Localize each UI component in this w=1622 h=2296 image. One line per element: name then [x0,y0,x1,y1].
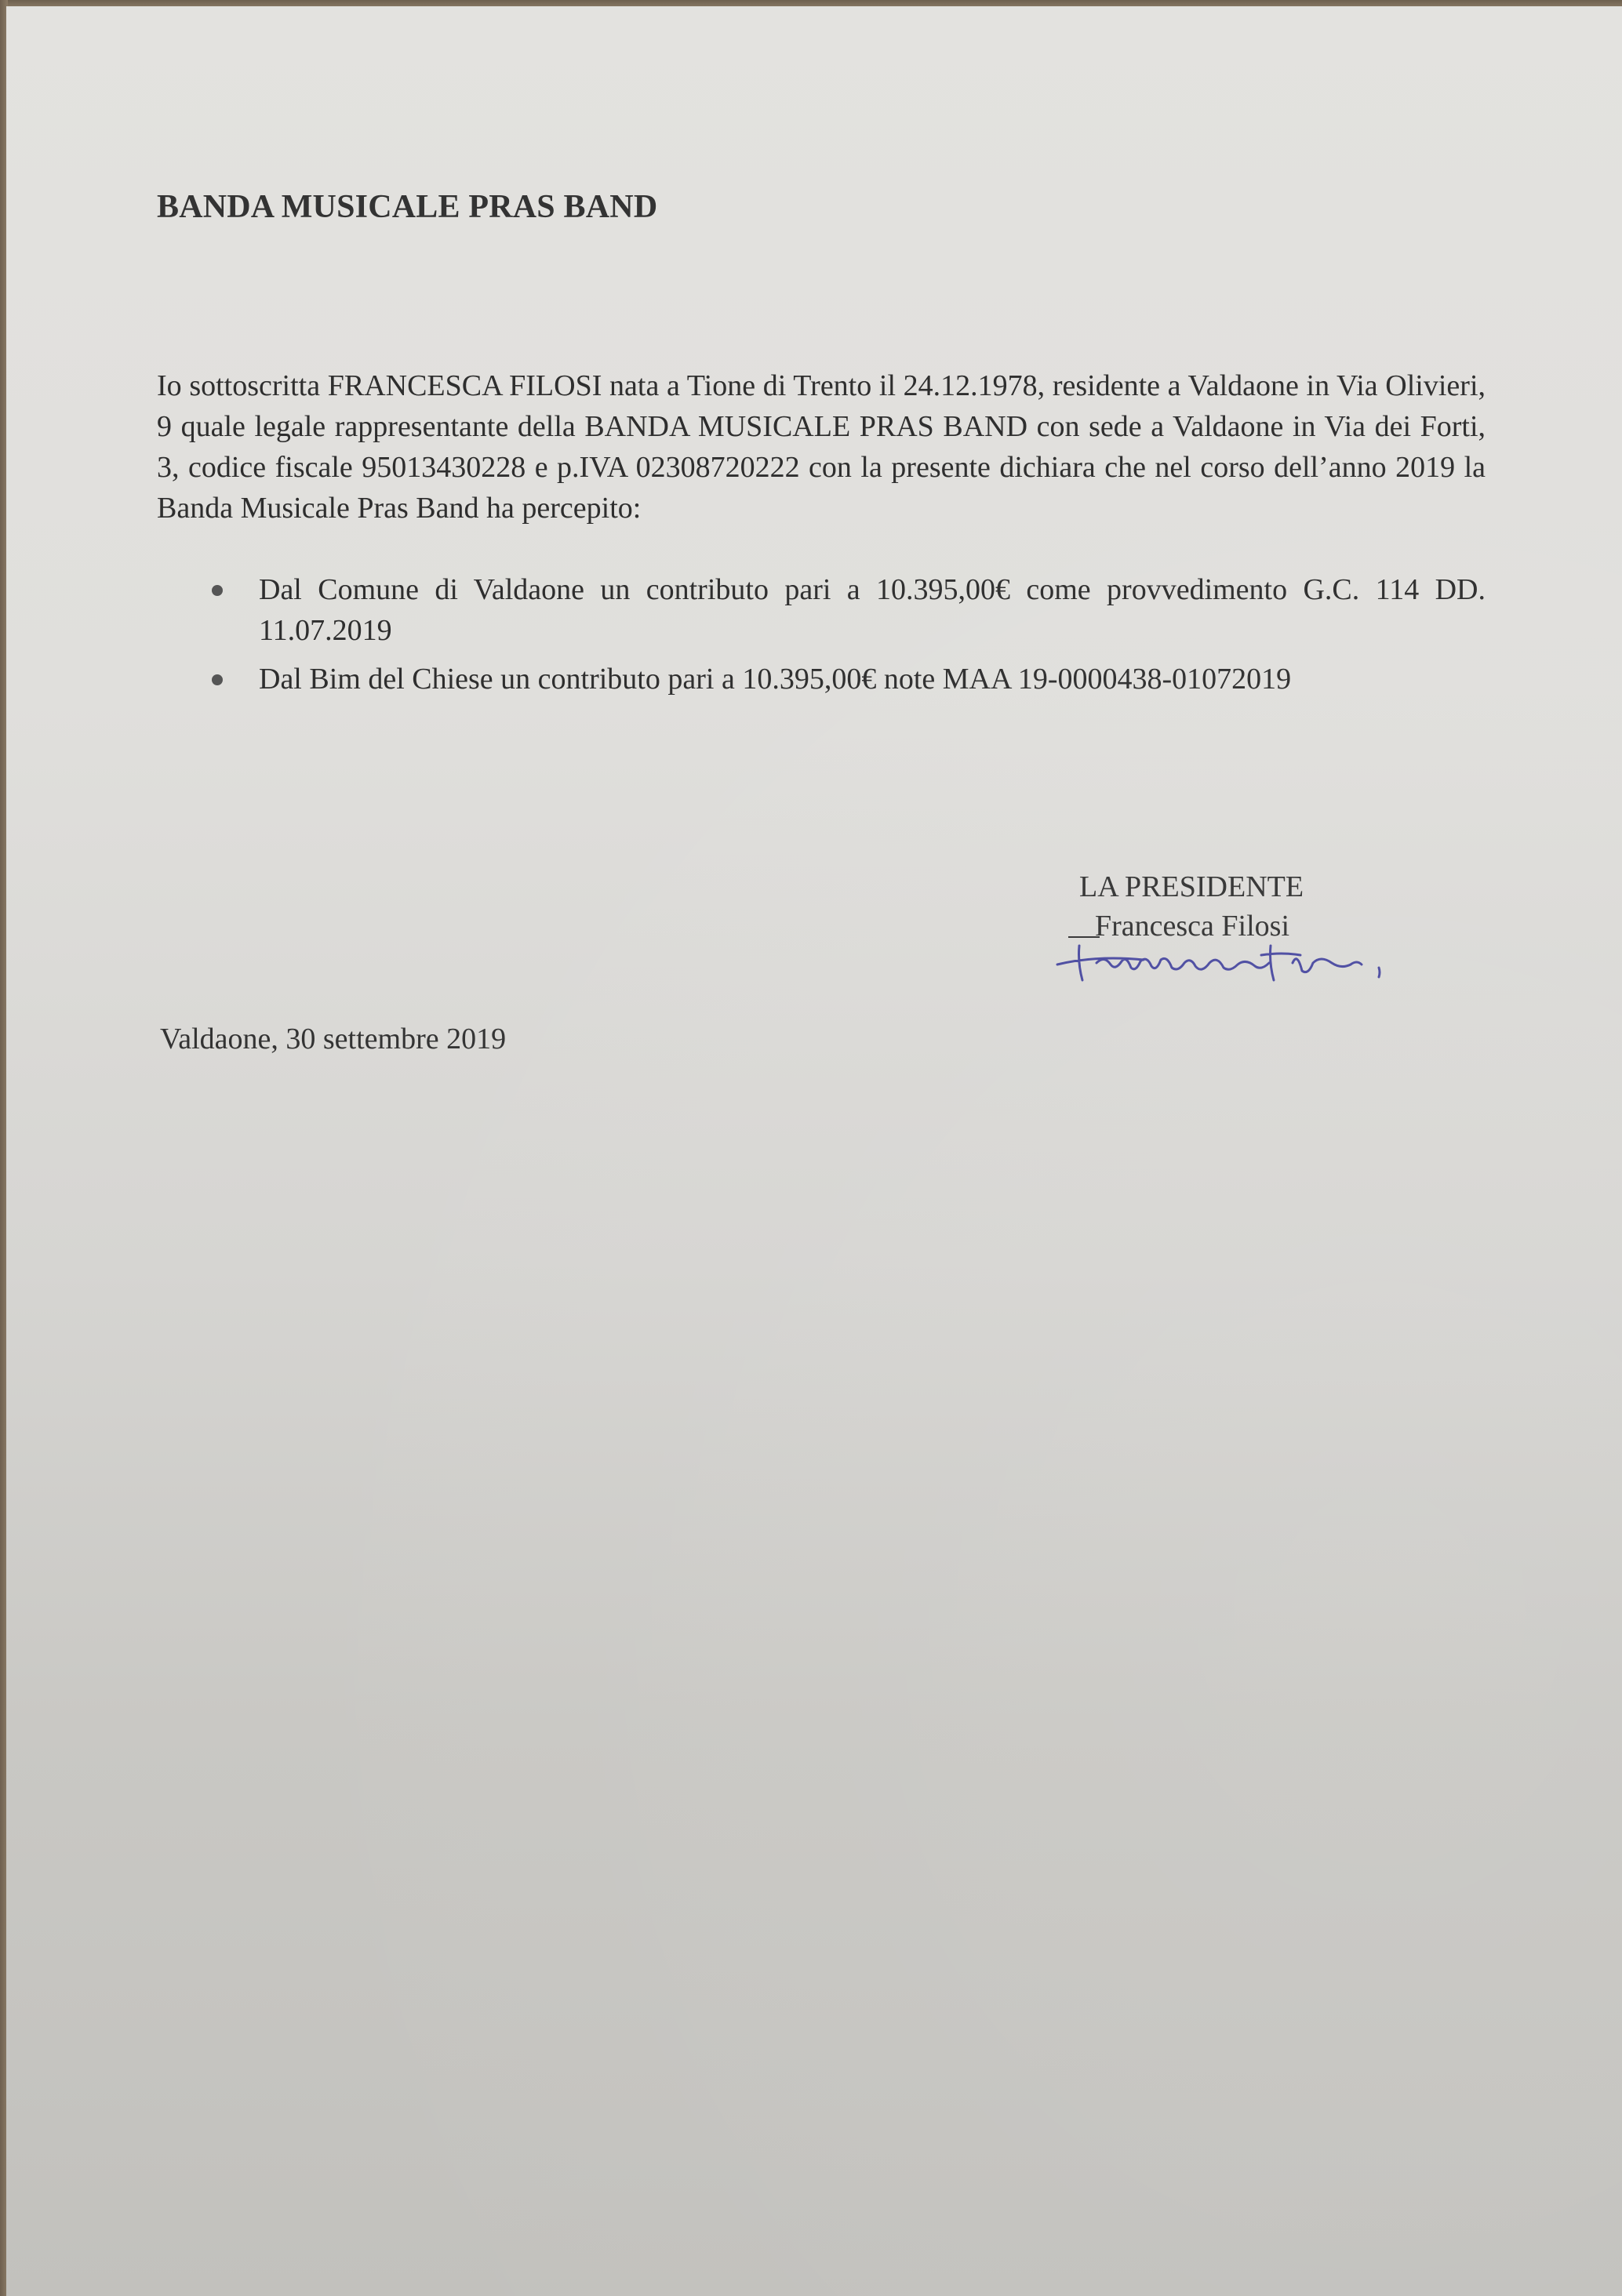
bullet-icon [212,674,223,685]
declaration-paragraph: Io sottoscritta FRANCESCA FILOSI nata a … [157,365,1486,529]
document-title: BANDA MUSICALE PRAS BAND [157,188,657,226]
contributions-list: Dal Comune di Valdaone un contributo par… [157,569,1486,707]
list-item: Dal Comune di Valdaone un contributo par… [157,569,1486,651]
contribution-text: Dal Bim del Chiese un contributo pari a … [259,663,1291,696]
place-and-date: Valdaone, 30 settembre 2019 [160,1022,506,1056]
handwritten-signature-icon [1049,924,1426,986]
contribution-text: Dal Comune di Valdaone un contributo par… [259,573,1486,647]
signatory-role: LA PRESIDENTE [1079,867,1304,906]
bullet-icon [212,585,223,596]
list-item: Dal Bim del Chiese un contributo pari a … [157,659,1486,699]
paper-sheet: BANDA MUSICALE PRAS BAND Io sottoscritta… [6,6,1622,2296]
